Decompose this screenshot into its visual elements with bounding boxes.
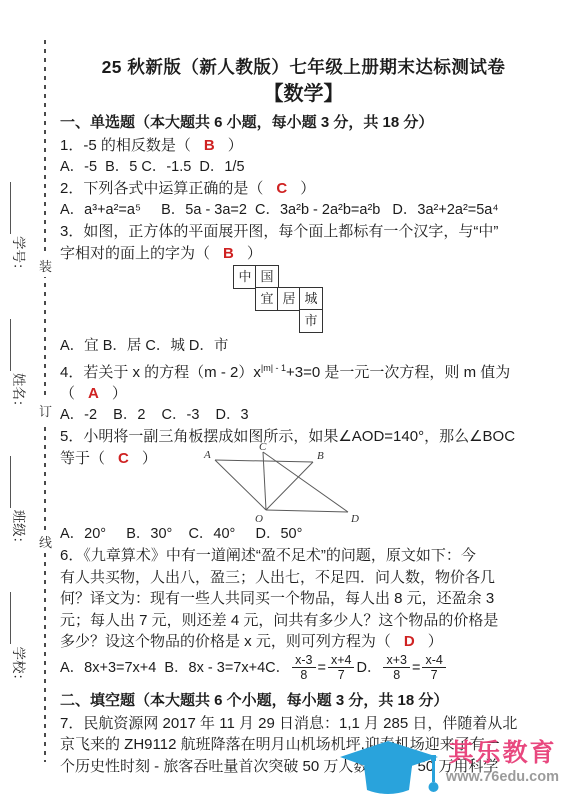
student-info-column: 学号： 姓名： 班级： 学校： — [6, 182, 34, 687]
question-6-line3: 何？译文为：现有一些人共同买一个物品，每人出 8 元，还盈余 3 — [60, 588, 547, 610]
footer-logo-text: 其乐教育 www.76edu.com — [446, 738, 559, 786]
binding-char-zhuang: 装 — [37, 254, 54, 277]
class-label: 班级： — [10, 510, 30, 551]
question-6-line2: 有人共买物，人出八，盈三；人出七，不足四．问人数，物价各几 — [60, 567, 547, 589]
figure-label-O: O — [255, 513, 263, 524]
question-4-line1: 4．若关于 x 的方程（m - 2）x|m| - 1+3=0 是一元一次方程，则… — [60, 358, 547, 384]
graduation-cap-icon — [338, 738, 442, 798]
fill-line — [10, 592, 25, 644]
question-6-line4: 元；每人出 7 元，则还差 4 元，问共有多少人？这个物品的价格是 — [60, 610, 547, 632]
question-3-line1: 3．如图，正方体的平面展开图，每个面上都标有一个汉字，与“中” — [60, 221, 547, 243]
cube-net-figure: 中 国 宜 居 城 市 — [60, 265, 547, 335]
school-label: 学校： — [10, 646, 30, 687]
option-a: A．8x+3=7x+4 — [60, 653, 164, 683]
question-7-line1: 7．民航资源网 2017 年 11 月 29 日消息：1,1 月 285 日，伴… — [60, 713, 547, 735]
answer-4: A — [88, 385, 99, 402]
answer-5: C — [118, 450, 129, 467]
school-field: 学校： — [10, 592, 30, 687]
figure-label-C: C — [259, 442, 267, 453]
student-name-field: 姓名： — [10, 319, 30, 414]
fill-line — [10, 456, 25, 508]
net-cell-cheng: 城 — [299, 287, 323, 311]
fraction: x-47 — [422, 653, 445, 683]
question-5-options: A．20° B．30° C．40° D．50° — [60, 524, 547, 546]
question-3-line2: 字相对的面上的字为（B） — [60, 243, 547, 265]
exam-title: 25 秋新版（新人教版）七年级上册期末达标测试卷 — [60, 55, 547, 79]
question-3-options: A．宜 B．居 C．城 D．市 — [60, 336, 547, 358]
question-5-line2: 等于（C） — [60, 448, 157, 470]
exam-paper-page: 装 订 线 学号： 姓名： 班级： 学校： 25 秋新版（新人教版）七年级上册期… — [0, 0, 565, 800]
student-name-label: 姓名： — [10, 373, 30, 414]
equals-sign: = — [318, 653, 326, 683]
fraction: x+38 — [383, 653, 410, 683]
exam-content: 25 秋新版（新人教版）七年级上册期末达标测试卷 【数学】 一、单选题（本大题共… — [60, 55, 547, 777]
question-4-line2: （A） — [60, 383, 547, 405]
binding-char-xian: 线 — [37, 530, 54, 553]
net-cell-guo: 国 — [255, 265, 279, 289]
question-2-options: A．a³+a²=a⁵ B．5a - 3a=2 C．3a²b - 2a²b=a²b… — [60, 200, 547, 222]
net-cell-shi: 市 — [299, 309, 323, 333]
class-field: 班级： — [10, 456, 30, 551]
footer-logo: 其乐教育 www.76edu.com — [338, 738, 559, 798]
option-c-label: C． — [265, 653, 290, 683]
question-1: 1．-5 的相反数是（B） — [60, 135, 547, 157]
net-cell-zhong: 中 — [233, 265, 257, 289]
binding-char-ding: 订 — [37, 399, 54, 422]
fraction: x-38 — [292, 653, 315, 683]
question-2: 2．下列各式中运算正确的是（C） — [60, 178, 547, 200]
section-2-title: 二、填空题（本大题共 6 个小题，每小题 3 分，共 18 分） — [60, 689, 547, 713]
option-b: B．8x - 3=7x+4 — [164, 653, 265, 683]
exponent: |m| - 1 — [261, 363, 286, 373]
student-id-label: 学号： — [10, 236, 30, 277]
question-1-options: A．-5 B．5 C．-1.5 D．1/5 — [60, 157, 547, 179]
answer-3: B — [223, 245, 234, 262]
fill-line — [10, 319, 25, 371]
exam-subject: 【数学】 — [60, 79, 547, 109]
fill-line — [10, 182, 25, 234]
section-1-title: 一、单选题（本大题共 6 小题，每小题 3 分，共 18 分） — [60, 111, 547, 135]
question-5-figure-row: 等于（C） A C B O D — [60, 448, 547, 524]
question-6-line1: 6．《九章算术》中有一道阐述“盈不足术”的问题，原文如下：今 — [60, 545, 547, 567]
student-id-field: 学号： — [10, 182, 30, 277]
equals-sign: = — [412, 653, 420, 683]
brand-url: www.76edu.com — [446, 768, 559, 786]
answer-6: D — [404, 633, 415, 650]
answer-2: C — [276, 180, 287, 197]
figure-label-B: B — [317, 450, 324, 462]
brand-name: 其乐教育 — [448, 738, 556, 768]
set-squares-figure: A C B O D — [198, 442, 373, 524]
net-cell-yi: 宜 — [255, 287, 279, 311]
question-6-line5: 多少？设这个物品的价格是 x 元，则可列方程为（D） — [60, 631, 547, 653]
option-d-label: D． — [356, 653, 381, 683]
net-cell-ju: 居 — [277, 287, 301, 311]
figure-label-A: A — [203, 449, 211, 461]
question-6-options: A．8x+3=7x+4 B．8x - 3=7x+4 C． x-38 = x+47… — [60, 653, 547, 683]
figure-label-D: D — [350, 513, 359, 524]
fraction: x+47 — [328, 653, 355, 683]
answer-1: B — [204, 137, 215, 154]
question-4-options: A．-2 B．2 C．-3 D．3 — [60, 405, 547, 427]
